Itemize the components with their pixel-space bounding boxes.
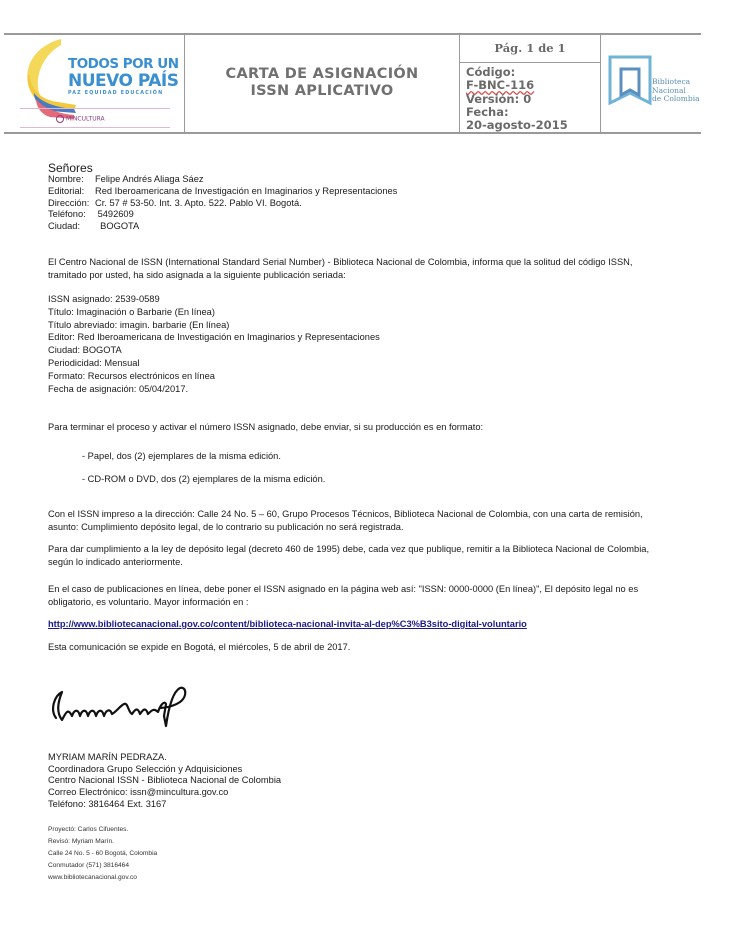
- process-paragraph: Para terminar el proceso y activar el nú…: [48, 421, 483, 434]
- document-date: 20-agosto-2015: [466, 119, 600, 132]
- document-header: TODOS POR UN NUEVO PAÍS PAZ EQUIDAD EDUC…: [4, 33, 701, 134]
- signer-block: MYRIAM MARÍN PEDRAZA. Coordinadora Grupo…: [48, 752, 281, 811]
- signer-role: Coordinadora Grupo Selección y Adquisici…: [48, 764, 281, 776]
- address-paragraph: Con el ISSN impreso a la dirección: Call…: [48, 508, 668, 534]
- info-link[interactable]: http://www.bibliotecanacional.gov.co/con…: [48, 619, 527, 629]
- footer-line: Calle 24 No. 5 - 60 Bogotá, Colombia: [48, 848, 157, 860]
- info-link-line: http://www.bibliotecanacional.gov.co/con…: [48, 618, 527, 631]
- document-metadata: Código: F-BNC-116 Versión: 0 Fecha: 20-a…: [460, 63, 600, 132]
- online-paragraph: En el caso de publicaciones en línea, de…: [48, 583, 660, 609]
- abbreviated-title: Título abreviado: imagin. barbarie (En l…: [48, 319, 380, 332]
- city: Ciudad: BOGOTA: [48, 344, 380, 357]
- bnc-logo-cell: Biblioteca Nacional de Colombia: [600, 35, 701, 132]
- legal-deposit-paragraph: Para dar cumplimiento a la ley de depósi…: [48, 543, 668, 569]
- issn-assigned: ISSN asignado: 2539-0589: [48, 293, 380, 306]
- recipient-phone: Teléfono: 5492609: [48, 209, 397, 221]
- logo-cell: TODOS POR UN NUEVO PAÍS PAZ EQUIDAD EDUC…: [4, 35, 184, 132]
- publication-title: Título: Imaginación o Barbarie (En línea…: [48, 306, 380, 319]
- footer-line: Proyectó: Carlos Cifuentes.: [48, 824, 157, 836]
- assignment-date: Fecha de asignación: 05/04/2017.: [48, 383, 380, 396]
- divider: [20, 127, 170, 128]
- format-list-item: - Papel, dos (2) ejemplares de la misma …: [82, 451, 281, 461]
- divider: [20, 108, 170, 109]
- publication-details: ISSN asignado: 2539-0589 Título: Imagina…: [48, 293, 380, 395]
- metadata-cell: Pág. 1 de 1 Código: F-BNC-116 Versión: 0…: [459, 35, 601, 132]
- shield-icon: [56, 115, 64, 123]
- signature-icon: [48, 682, 193, 732]
- format-list-item: - CD-ROM o DVD, dos (2) ejemplares de la…: [82, 474, 325, 484]
- signer-phone: Teléfono: 3816464 Ext. 3167: [48, 799, 281, 811]
- document-version: Versión: 0: [466, 93, 600, 106]
- recipient-city: Ciudad: BOGOTA: [48, 221, 397, 233]
- footer-line: Conmutador (571) 3816464: [48, 860, 157, 872]
- todos-logo-text: TODOS POR UN NUEVO PAÍS PAZ EQUIDAD EDUC…: [68, 57, 179, 98]
- periodicity: Periodicidad: Mensual: [48, 357, 380, 370]
- recipient-editorial: Editorial:Red Iberoamericana de Investig…: [48, 186, 397, 198]
- publisher: Editor: Red Iberoamericana de Investigac…: [48, 331, 380, 344]
- format: Formato: Recursos electrónicos en línea: [48, 370, 380, 383]
- mincultura-logo: MINCULTURA: [56, 115, 105, 123]
- intro-paragraph: El Centro Nacional de ISSN (Internationa…: [48, 256, 658, 282]
- footer-notes: Proyectó: Carlos Cifuentes. Revisó: Myri…: [48, 824, 157, 884]
- bnc-logo-text: Biblioteca Nacional de Colombia: [652, 78, 700, 104]
- signer-name: MYRIAM MARÍN PEDRAZA.: [48, 752, 281, 764]
- document-code: F-BNC-116: [466, 79, 600, 92]
- recipient-name: Nombre:Felipe Andrés Aliaga Sáez: [48, 174, 397, 186]
- recipient-address: Dirección:Cr. 57 # 53-50. Int. 3. Apto. …: [48, 198, 397, 210]
- biblioteca-nacional-logo-icon: [608, 55, 652, 109]
- signer-email: Correo Electrónico: issn@mincultura.gov.…: [48, 787, 281, 799]
- document-title: CARTA DE ASIGNACIÓN ISSN APLICATIVO: [185, 66, 459, 100]
- title-cell: CARTA DE ASIGNACIÓN ISSN APLICATIVO: [184, 35, 459, 132]
- footer-line: Revisó: Myriam Marín.: [48, 836, 157, 848]
- page-number: Pág. 1 de 1: [460, 35, 600, 63]
- footer-line: www.bibliotecanacional.gov.co: [48, 872, 157, 884]
- closing-line: Esta comunicación se expide en Bogotá, e…: [48, 641, 350, 654]
- signer-organization: Centro Nacional ISSN - Biblioteca Nacion…: [48, 775, 281, 787]
- recipient-block: Nombre:Felipe Andrés Aliaga Sáez Editori…: [48, 174, 397, 233]
- salutation: Señores: [48, 161, 93, 175]
